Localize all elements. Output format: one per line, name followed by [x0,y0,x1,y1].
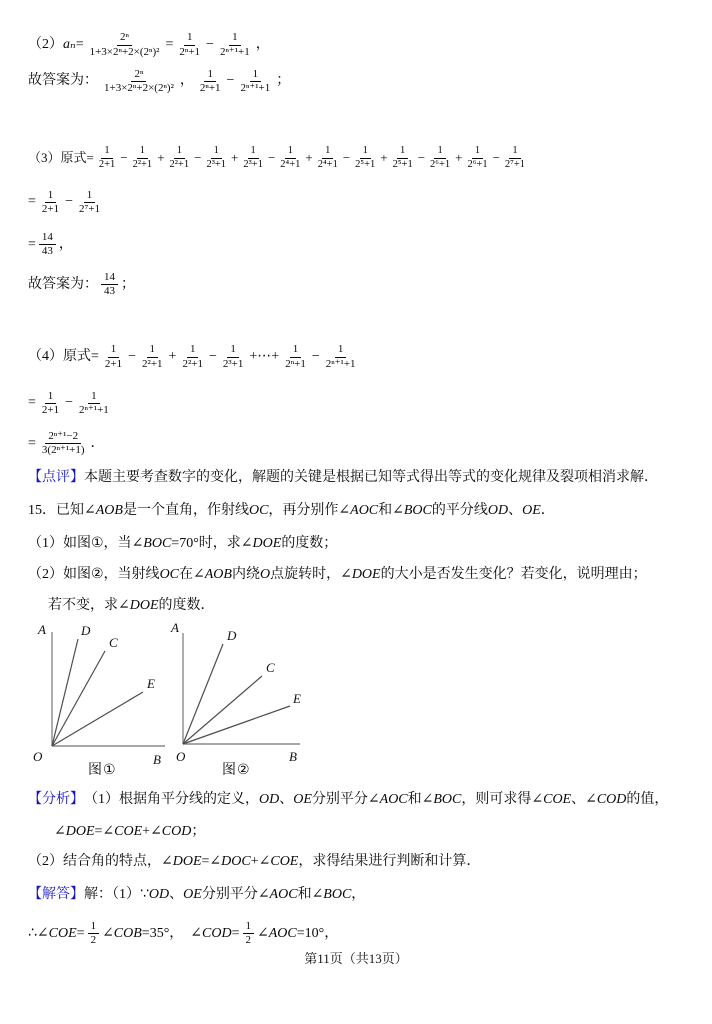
text-run: 是一个直角，作射线 [123,501,249,521]
text-run: + [305,141,312,175]
text-run: 分别平分 [202,885,258,905]
text-run: ∠COE [37,917,77,951]
fraction: 12ⁿ⁺¹+1 [323,343,359,370]
text-run: 、 [279,790,293,810]
fraction: 12⁴+1 [277,145,303,171]
fig1-point-label-O: O [33,749,43,764]
fraction: 12⁶+1 [464,145,490,171]
text-run: ∠COB [102,917,142,951]
text-run: ，则可求得 [461,790,531,810]
text-run: ∠AOC [338,501,378,521]
text-run: = [28,185,36,219]
fraction: 12+1 [39,189,62,216]
line-part3-step2: =12+1−12⁷+1 [28,185,692,219]
line-solution-eq: ∴∠COE=12∠COB=35°， ∠COD=12∠AOC=10°， [28,917,692,951]
text-run: ∠COE [102,822,142,842]
fig1-ray-OE [52,692,143,746]
content-lines-top: （2）aₙ=2ⁿ1+3×2ⁿ+2×(2ⁿ)²=12ⁿ+1−12ⁿ⁺¹+1，故答案… [28,28,692,616]
fraction: 12ⁿ+1 [197,68,224,95]
text-run: ∠AOC [257,917,297,951]
text-run: 故答案为： [28,64,98,98]
text-run: − [268,141,275,175]
fraction: 2ⁿ1+3×2ⁿ+2×(2ⁿ)² [101,68,177,95]
line-part2-formula: （2）aₙ=2ⁿ1+3×2ⁿ+2×(2ⁿ)²=12ⁿ+1−12ⁿ⁺¹+1， [28,28,692,62]
text-run: ∴ [28,917,37,951]
text-run: = [165,28,173,62]
text-run: = [95,822,103,842]
text-run: 点旋转时， [270,565,340,585]
line-q2-cont: 若不变，求∠DOE 的度数． [28,596,692,616]
fraction: 12⁶+1 [427,145,453,171]
text-run: ∠COD [585,790,626,810]
text-run: 、 [571,790,585,810]
text-run: ，求得结果进行判断和计算． [298,852,480,872]
fraction: 12⁷+1 [76,189,103,216]
fraction: 12 [243,920,255,947]
text-run: ； [276,64,290,98]
fig2-ray-OD [183,644,223,744]
text-run: aₙ [63,28,76,62]
text-run: ∠AOC [368,790,408,810]
text-run: ∠COD [150,822,191,842]
fraction: 12ⁿ⁺¹+1 [217,31,253,58]
fraction: 12⁵+1 [390,145,416,171]
fraction: 12⁴+1 [315,145,341,171]
text-run: 解：（1）∵ [84,885,149,905]
fig2-point-label-B: B [289,749,297,764]
text-run: − [312,340,320,374]
text-run: ， [180,64,194,98]
text-run: ∠BOC [422,790,462,810]
text-run: = [28,427,36,461]
fraction: 12³+1 [220,343,247,370]
fraction: 12ⁿ⁺¹+1 [237,68,273,95]
fig2-point-label-A: A [170,620,179,635]
page-footer: 第11页（共13页） [0,948,712,967]
text-run: OD [149,885,169,905]
fig1-ray-OC [52,651,105,746]
text-run: （2）结合角的特点， [28,852,161,872]
line-part3-expansion: （3）原式=12+1−12²+1+12²+1−12³+1+12³+1−12⁴+1… [28,140,692,175]
text-run: + [169,340,177,374]
text-run: 和 [298,885,312,905]
text-run: 、 [169,885,183,905]
section-label: 【解答】 [28,885,84,905]
text-run: + [157,141,164,175]
text-run: − [65,386,73,420]
text-run: ，再分别作 [268,501,338,521]
text-run: − [120,141,127,175]
fraction: 12+1 [39,390,62,417]
fraction: 12ⁿ+1 [176,31,203,58]
text-run: =70°时，求 [171,534,241,554]
fig2-ray-OC [183,676,262,744]
fraction: 12ⁿ⁺¹+1 [76,390,112,417]
text-run: 在 [179,565,193,585]
text-run: + [380,141,387,175]
text-run: + [142,822,150,842]
text-run: − [209,340,217,374]
text-run: OE [522,501,541,521]
text-run: （2）如图②，当射线 [28,565,160,585]
text-run: ∠COD [190,917,231,951]
text-run: OC [249,501,268,521]
figure-1-caption: 图① [88,759,117,779]
line-solution: 【解答】解：（1）∵OD、OE 分别平分∠AOC 和∠BOC， [28,885,692,905]
text-run: 故答案为： [28,268,98,302]
figure-2: A D C E O B [170,618,310,770]
figures-block: A D C E O B A D C E O B 图① 图② [28,618,692,784]
text-run: = [76,28,84,62]
text-run: （4）原式= [28,340,99,374]
text-run: OD [488,501,508,521]
text-run: ∠DOE [118,596,159,616]
fraction: 2ⁿ⁺¹−23(2ⁿ⁺¹+1) [39,430,88,457]
page: （2）aₙ=2ⁿ1+3×2ⁿ+2×(2ⁿ)²=12ⁿ+1−12ⁿ⁺¹+1，故答案… [0,0,712,1024]
text-run: + [231,141,238,175]
text-run: − [65,185,73,219]
fraction: 2ⁿ1+3×2ⁿ+2×(2ⁿ)² [87,31,163,58]
text-run: （3）原式= [28,141,94,175]
text-run: 的值， [626,790,668,810]
fig1-ray-OD [52,639,78,746]
text-run: +⋯+ [249,340,279,374]
line-part4-expansion: （4）原式=12+1−12²+1+12²+1−12³+1+⋯+12ⁿ+1−12ⁿ… [28,340,692,374]
text-run: 内绕 [232,565,260,585]
fraction: 12⁷+1 [502,145,528,171]
text-run: OE [293,790,312,810]
fig1-point-label-A: A [37,622,46,637]
text-run: 15．已知 [28,501,84,521]
text-run: O [260,565,270,585]
text-run: ∠BOC [392,501,432,521]
line-part2-answer: 故答案为：2ⁿ1+3×2ⁿ+2×(2ⁿ)²，12ⁿ+1−12ⁿ⁺¹+1； [28,64,692,98]
fraction: 12²+1 [130,145,156,171]
text-run: 的大小是否发生变化？若变化，说明理由； [381,565,647,585]
line-part4-step3: =2ⁿ⁺¹−23(2ⁿ⁺¹+1)． [28,427,692,461]
fraction: 12+1 [102,343,125,370]
text-run: = [77,917,85,951]
content-lines-bottom: 【分析】（1）根据角平分线的定义，OD、OE 分别平分∠AOC 和∠BOC，则可… [28,790,692,951]
text-run: ∠DOE [241,534,282,554]
text-run: − [227,64,235,98]
text-run: = [232,917,240,951]
line-part3-step3: =1443， [28,228,692,262]
text-run: 的度数． [159,596,215,616]
text-run: − [194,141,201,175]
text-run: OC [160,565,179,585]
text-run: ∠AOB [193,565,232,585]
fig2-point-label-D: D [226,628,237,643]
document-content: （2）aₙ=2ⁿ1+3×2ⁿ+2×(2ⁿ)²=12ⁿ+1−12ⁿ⁺¹+1，故答案… [0,0,712,951]
line-analysis: 【分析】（1）根据角平分线的定义，OD、OE 分别平分∠AOC 和∠BOC，则可… [28,790,692,810]
text-run: + [251,852,259,872]
text-run: （1）如图①，当 [28,534,132,554]
text-run: 分别平分 [312,790,368,810]
line-problem15: 15．已知∠AOB 是一个直角，作射线 OC，再分别作∠AOC 和∠BOC 的平… [28,501,692,521]
text-run: ； [121,268,135,302]
text-run: ∠DOE [340,565,381,585]
text-run: 的度数； [281,534,337,554]
fraction: 12³+1 [203,145,229,171]
text-run: ． [91,427,105,461]
line-q1: （1）如图①，当∠BOC=70°时，求∠DOE 的度数； [28,534,692,554]
text-run: − [418,141,425,175]
fraction: 12⁵+1 [352,145,378,171]
text-run: 本题主要考查数字的变化，解题的关键是根据已知等式得出等式的变化规律及裂项相消求解… [84,468,658,488]
line-analysis-eq: ∠DOE=∠COE+∠COD； [28,822,692,842]
text-run: ， [351,885,365,905]
line-comment: 【点评】本题主要考查数字的变化，解题的关键是根据已知等式得出等式的变化规律及裂项… [28,468,692,488]
text-run: OD [259,790,279,810]
fraction: 12²+1 [179,343,206,370]
fig1-point-label-C: C [109,635,118,650]
figure-1: A D C E O B [25,618,175,770]
text-run: ， [256,28,270,62]
text-run: ， [59,228,73,262]
fig2-ray-OE [183,706,290,744]
text-run: 、 [508,501,522,521]
fig1-point-label-D: D [80,623,91,638]
text-run: ∠AOB [84,501,123,521]
fraction: 12ⁿ+1 [282,343,309,370]
line-analysis-2: （2）结合角的特点，∠DOE=∠DOC+∠COE，求得结果进行判断和计算． [28,852,692,872]
line-part3-answer: 故答案为：1443； [28,268,692,302]
text-run: ； [191,822,205,842]
figure-2-caption: 图② [222,759,251,779]
text-run: − [493,141,500,175]
fig2-point-label-E: E [292,691,301,706]
fraction: 1443 [39,231,56,258]
fraction: 12²+1 [167,145,193,171]
line-q2: （2）如图②，当射线 OC 在∠AOB 内绕 O 点旋转时，∠DOE 的大小是否… [28,565,692,585]
text-run: = [202,852,210,872]
text-run: ． [541,501,555,521]
text-run: = [28,386,36,420]
section-label: 【分析】 [28,790,84,810]
fraction: 12³+1 [240,145,266,171]
fig1-point-label-B: B [153,752,161,767]
text-run: 和 [408,790,422,810]
text-run: + [455,141,462,175]
text-run: 的平分线 [432,501,488,521]
text-run: ∠AOC [258,885,298,905]
text-run: ∠BOC [312,885,352,905]
fig2-point-label-O: O [176,749,186,764]
fraction: 12+1 [96,145,118,171]
fraction: 12²+1 [139,343,166,370]
text-run: − [343,141,350,175]
text-run: ∠COE [259,852,299,872]
text-run: ∠DOE [161,852,202,872]
line-part4-step2: =12+1−12ⁿ⁺¹+1 [28,386,692,420]
fraction: 1443 [101,271,118,298]
fig1-point-label-E: E [146,676,155,691]
text-run: （1）根据角平分线的定义， [84,790,259,810]
text-run: − [206,28,214,62]
text-run: ∠DOC [209,852,250,872]
fraction: 12 [88,920,100,947]
fig2-point-label-C: C [266,660,275,675]
text-run: 和 [378,501,392,521]
text-run: （2） [28,28,63,62]
text-run: ∠COE [531,790,571,810]
text-run: =35°， [142,917,191,951]
text-run: =10°， [297,917,339,951]
text-run: OE [183,885,202,905]
text-run: ∠BOC [132,534,172,554]
text-run: = [28,228,36,262]
section-label: 【点评】 [28,468,84,488]
text-run: ∠DOE [54,822,95,842]
text-run: − [128,340,136,374]
text-run: 若不变，求 [48,596,118,616]
